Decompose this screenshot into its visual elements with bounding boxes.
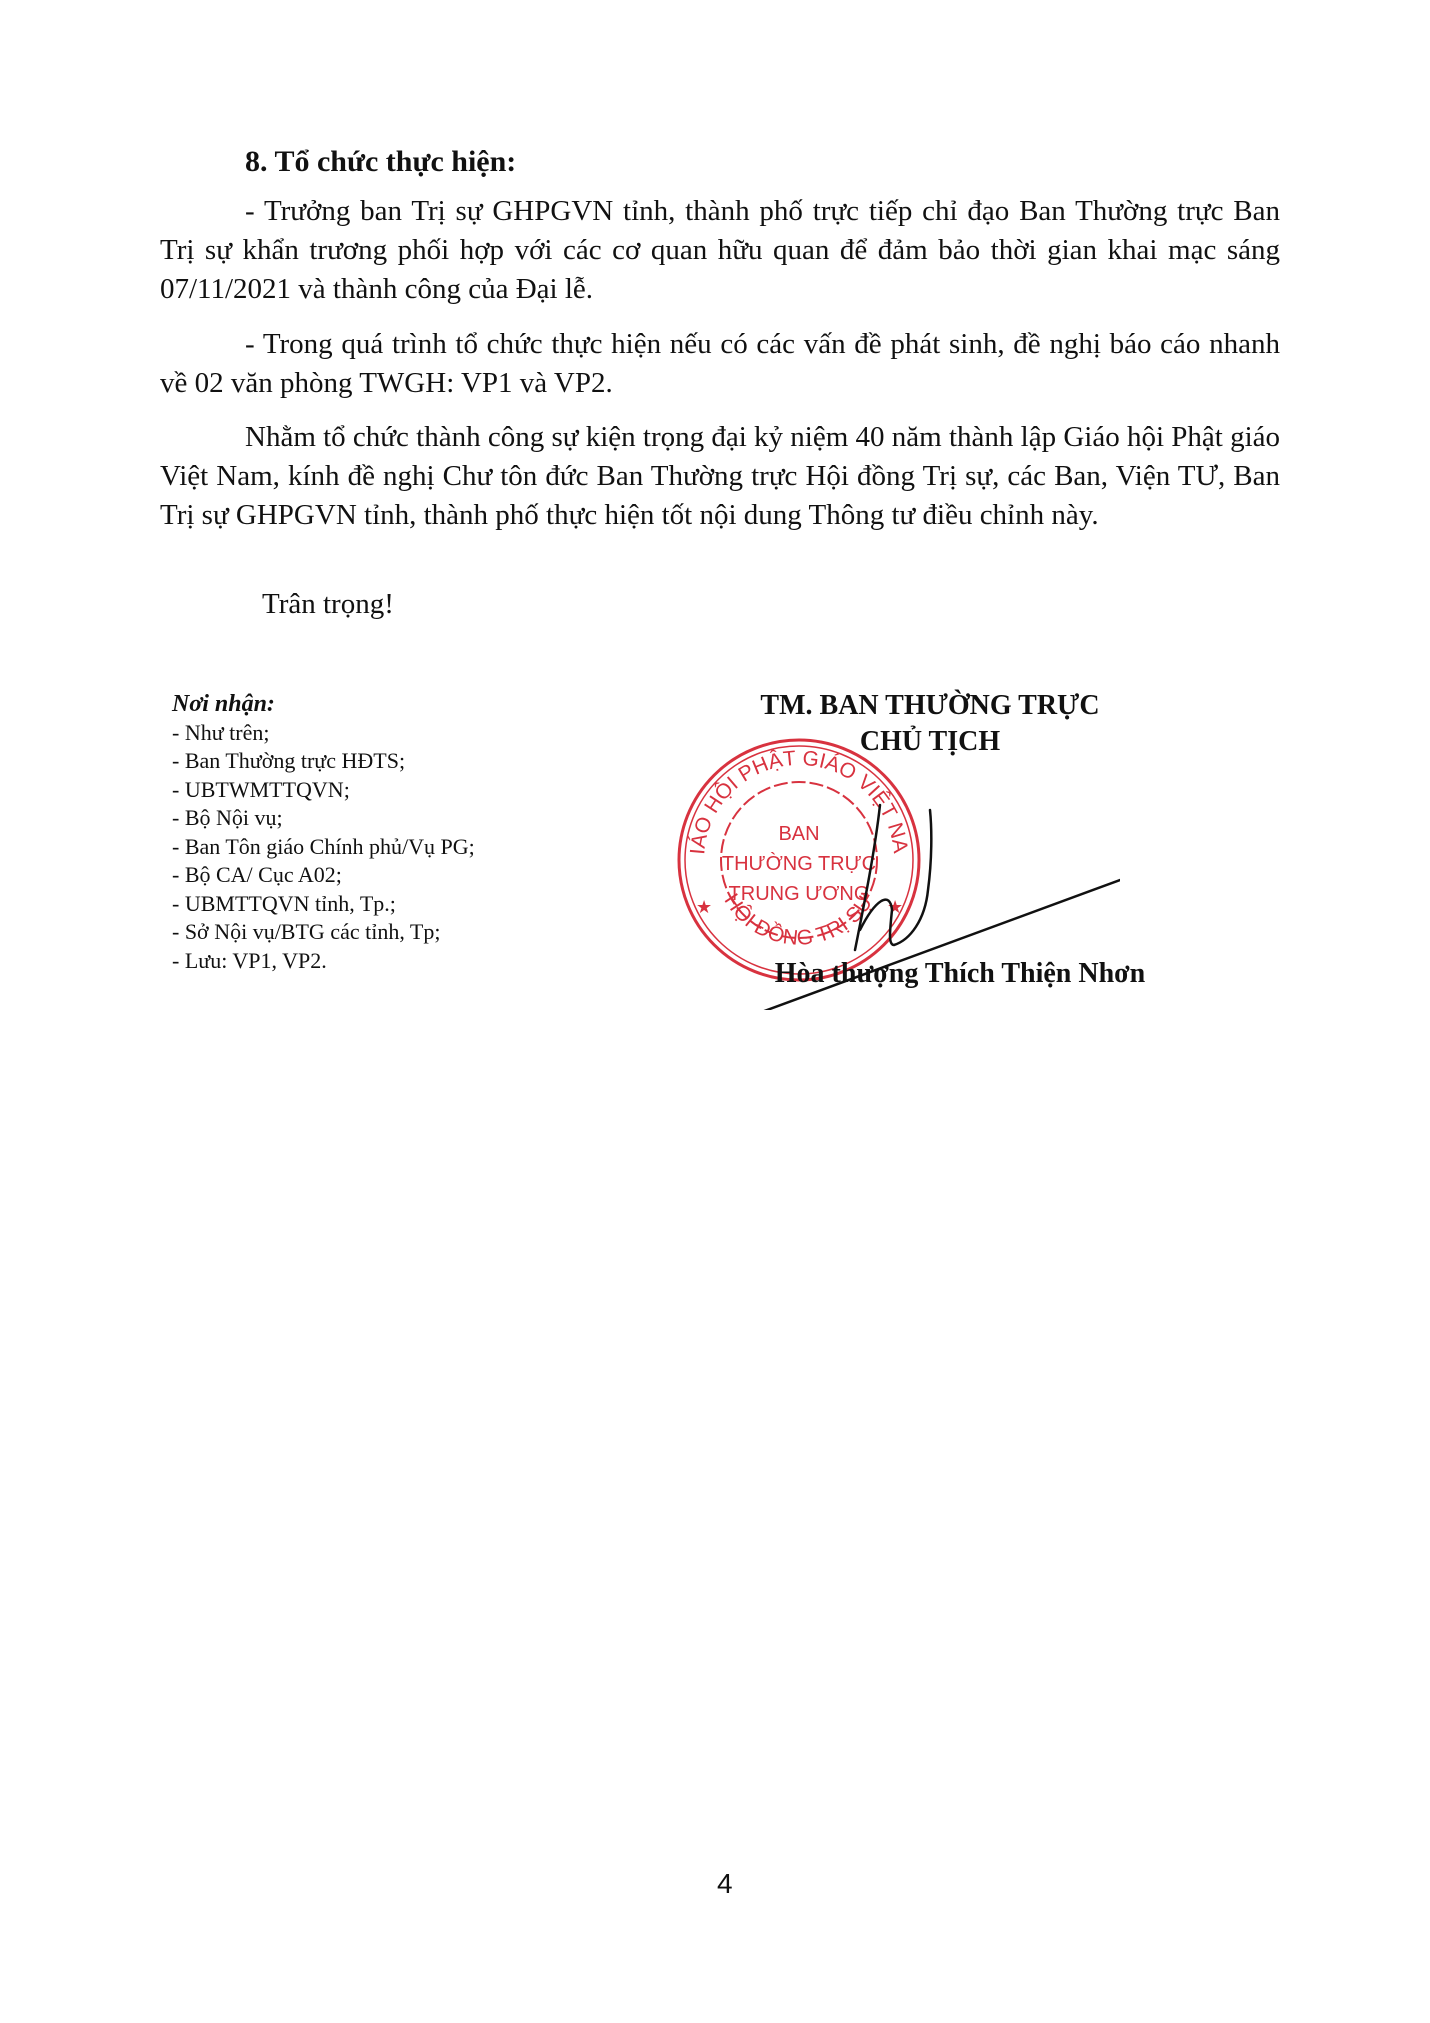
recipient-item: - Bộ CA/ Cục A02;	[172, 861, 475, 890]
signature-on-behalf: TM. BAN THƯỜNG TRỰC	[680, 690, 1180, 722]
recipient-item: - Như trên;	[172, 719, 475, 748]
recipients-title: Nơi nhận:	[172, 690, 475, 719]
recipient-item: - UBTWMTTQVN;	[172, 776, 475, 805]
recipient-item: - Sở Nội vụ/BTG các tỉnh, Tp;	[172, 918, 475, 947]
recipients-block: Nơi nhận: - Như trên;- Ban Thường trực H…	[172, 690, 475, 975]
recipient-item: - Ban Tôn giáo Chính phủ/Vụ PG;	[172, 833, 475, 862]
section-heading: 8. Tổ chức thực hiện:	[245, 145, 516, 179]
recipient-item: - Bộ Nội vụ;	[172, 804, 475, 833]
page-number: 4	[717, 1868, 733, 1900]
recipient-item: - UBMTTQVN tỉnh, Tp.;	[172, 890, 475, 919]
paragraph-3: Nhằm tổ chức thành công sự kiện trọng đạ…	[160, 418, 1280, 535]
signer-name: Hòa thượng Thích Thiện Nhơn	[700, 958, 1220, 990]
recipients-list: - Như trên;- Ban Thường trực HĐTS;- UBTW…	[172, 719, 475, 976]
closing: Trân trọng!	[262, 588, 394, 621]
paragraph-1: - Trưởng ban Trị sự GHPGVN tỉnh, thành p…	[160, 192, 1280, 309]
recipient-item: - Lưu: VP1, VP2.	[172, 947, 475, 976]
recipient-item: - Ban Thường trực HĐTS;	[172, 747, 475, 776]
paragraph-2: - Trong quá trình tổ chức thực hiện nếu …	[160, 325, 1280, 403]
